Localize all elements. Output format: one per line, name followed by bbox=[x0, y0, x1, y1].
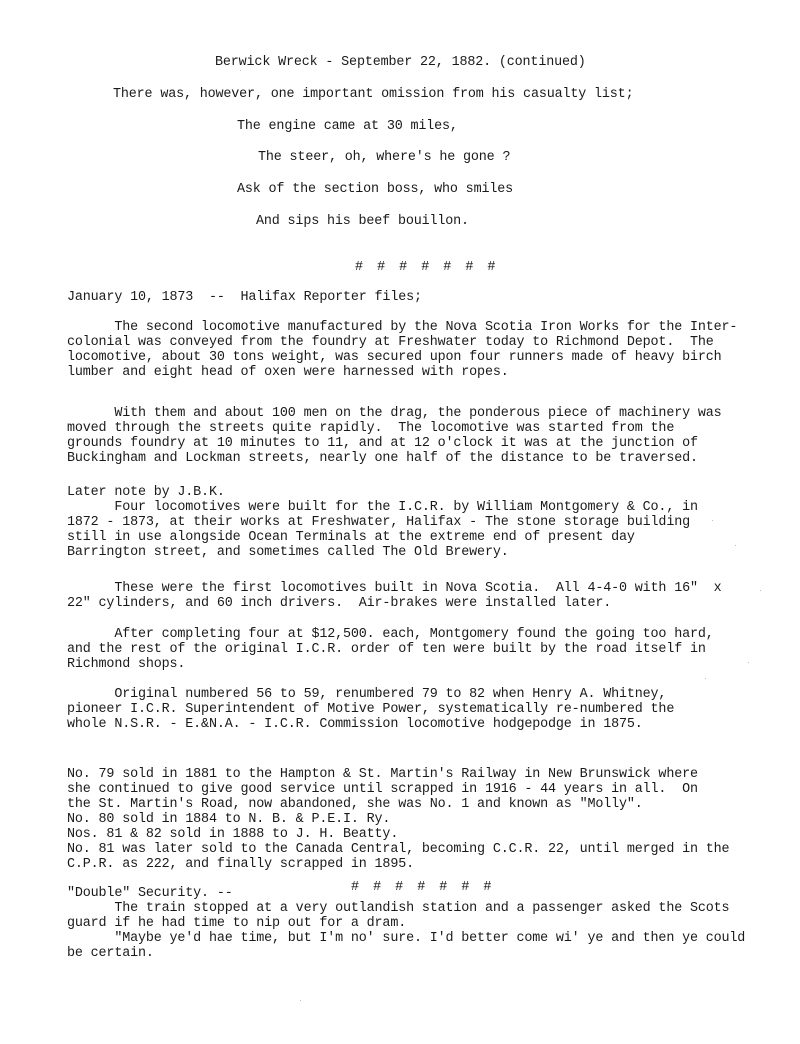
poem-line: The steer, oh, where's he gone ? bbox=[258, 150, 510, 165]
text-line: Nos. 81 & 82 sold in 1888 to J. H. Beatt… bbox=[67, 827, 747, 842]
intro-line: There was, however, one important omissi… bbox=[113, 87, 633, 102]
text-line: moved through the streets quite rapidly.… bbox=[67, 421, 747, 436]
text-line: 22" cylinders, and 60 inch drivers. Air-… bbox=[67, 596, 747, 611]
scan-speck bbox=[748, 662, 749, 663]
paragraph: These were the first locomotives built i… bbox=[67, 581, 747, 611]
paragraph: Original numbered 56 to 59, renumbered 7… bbox=[67, 687, 747, 732]
scan-speck bbox=[300, 1000, 301, 1001]
text-line: No. 79 sold in 1881 to the Hampton & St.… bbox=[67, 767, 747, 782]
text-line: pioneer I.C.R. Superintendent of Motive … bbox=[67, 702, 747, 717]
anecdote: "Double" Security. -- The train stopped … bbox=[67, 886, 747, 961]
text-line: still in use alongside Ocean Terminals a… bbox=[67, 530, 747, 545]
text-line: "Maybe ye'd hae time, but I'm no' sure. … bbox=[67, 931, 747, 946]
text-line: Barrington street, and sometimes called … bbox=[67, 545, 747, 560]
text-line: colonial was conveyed from the foundry a… bbox=[67, 335, 747, 350]
page-title: Berwick Wreck - September 22, 1882. (con… bbox=[215, 55, 586, 70]
dateline-text: January 10, 1873 -- Halifax Reporter fil… bbox=[67, 290, 747, 305]
scan-speck bbox=[760, 590, 761, 591]
paragraph: Four locomotives were built for the I.C.… bbox=[67, 500, 747, 560]
text-line: be certain. bbox=[67, 946, 747, 961]
text-line: No. 81 was later sold to the Canada Cent… bbox=[67, 842, 747, 857]
text-line: lumber and eight head of oxen were harne… bbox=[67, 365, 747, 380]
text-line: 1872 - 1873, at their works at Freshwate… bbox=[67, 515, 747, 530]
scan-speck bbox=[705, 678, 706, 679]
text-line: The train stopped at a very outlandish s… bbox=[67, 901, 747, 916]
text-line: Original numbered 56 to 59, renumbered 7… bbox=[67, 687, 747, 702]
dateline: January 10, 1873 -- Halifax Reporter fil… bbox=[67, 290, 747, 305]
text-line: With them and about 100 men on the drag,… bbox=[67, 406, 747, 421]
poem-line: The engine came at 30 miles, bbox=[237, 119, 458, 134]
section-separator: # # # # # # # bbox=[355, 260, 498, 275]
text-line: Buckingham and Lockman streets, nearly o… bbox=[67, 451, 747, 466]
later-note-heading: Later note by J.B.K. bbox=[67, 485, 747, 500]
text-line: locomotive, about 30 tons weight, was se… bbox=[67, 350, 747, 365]
text-line: whole N.S.R. - E.&N.A. - I.C.R. Commissi… bbox=[67, 717, 747, 732]
poem-line: And sips his beef bouillon. bbox=[256, 214, 469, 229]
typewritten-page: Berwick Wreck - September 22, 1882. (con… bbox=[0, 0, 800, 1044]
paragraph: With them and about 100 men on the drag,… bbox=[67, 406, 747, 466]
text-line: grounds foundry at 10 minutes to 11, and… bbox=[67, 436, 747, 451]
text-line: Four locomotives were built for the I.C.… bbox=[67, 500, 747, 515]
text-line: The second locomotive manufactured by th… bbox=[67, 320, 747, 335]
text-line: guard if he had time to nip out for a dr… bbox=[67, 916, 747, 931]
text-line: No. 80 sold in 1884 to N. B. & P.E.I. Ry… bbox=[67, 812, 747, 827]
text-line: These were the first locomotives built i… bbox=[67, 581, 747, 596]
scan-speck bbox=[240, 70, 241, 71]
later-note: Later note by J.B.K. Four locomotives we… bbox=[67, 485, 747, 560]
text-line: and the rest of the original I.C.R. orde… bbox=[67, 642, 747, 657]
text-line: "Double" Security. -- bbox=[67, 886, 747, 901]
paragraph: No. 79 sold in 1881 to the Hampton & St.… bbox=[67, 767, 747, 872]
text-line: C.P.R. as 222, and finally scrapped in 1… bbox=[67, 857, 747, 872]
text-line: the St. Martin's Road, now abandoned, sh… bbox=[67, 797, 747, 812]
text-line: Richmond shops. bbox=[67, 657, 747, 672]
text-line: she continued to give good service until… bbox=[67, 782, 747, 797]
scan-speck bbox=[712, 520, 713, 521]
scan-speck bbox=[735, 545, 736, 546]
paragraph: After completing four at $12,500. each, … bbox=[67, 627, 747, 672]
paragraph: The second locomotive manufactured by th… bbox=[67, 320, 747, 380]
text-line: After completing four at $12,500. each, … bbox=[67, 627, 747, 642]
poem-line: Ask of the section boss, who smiles bbox=[237, 182, 513, 197]
